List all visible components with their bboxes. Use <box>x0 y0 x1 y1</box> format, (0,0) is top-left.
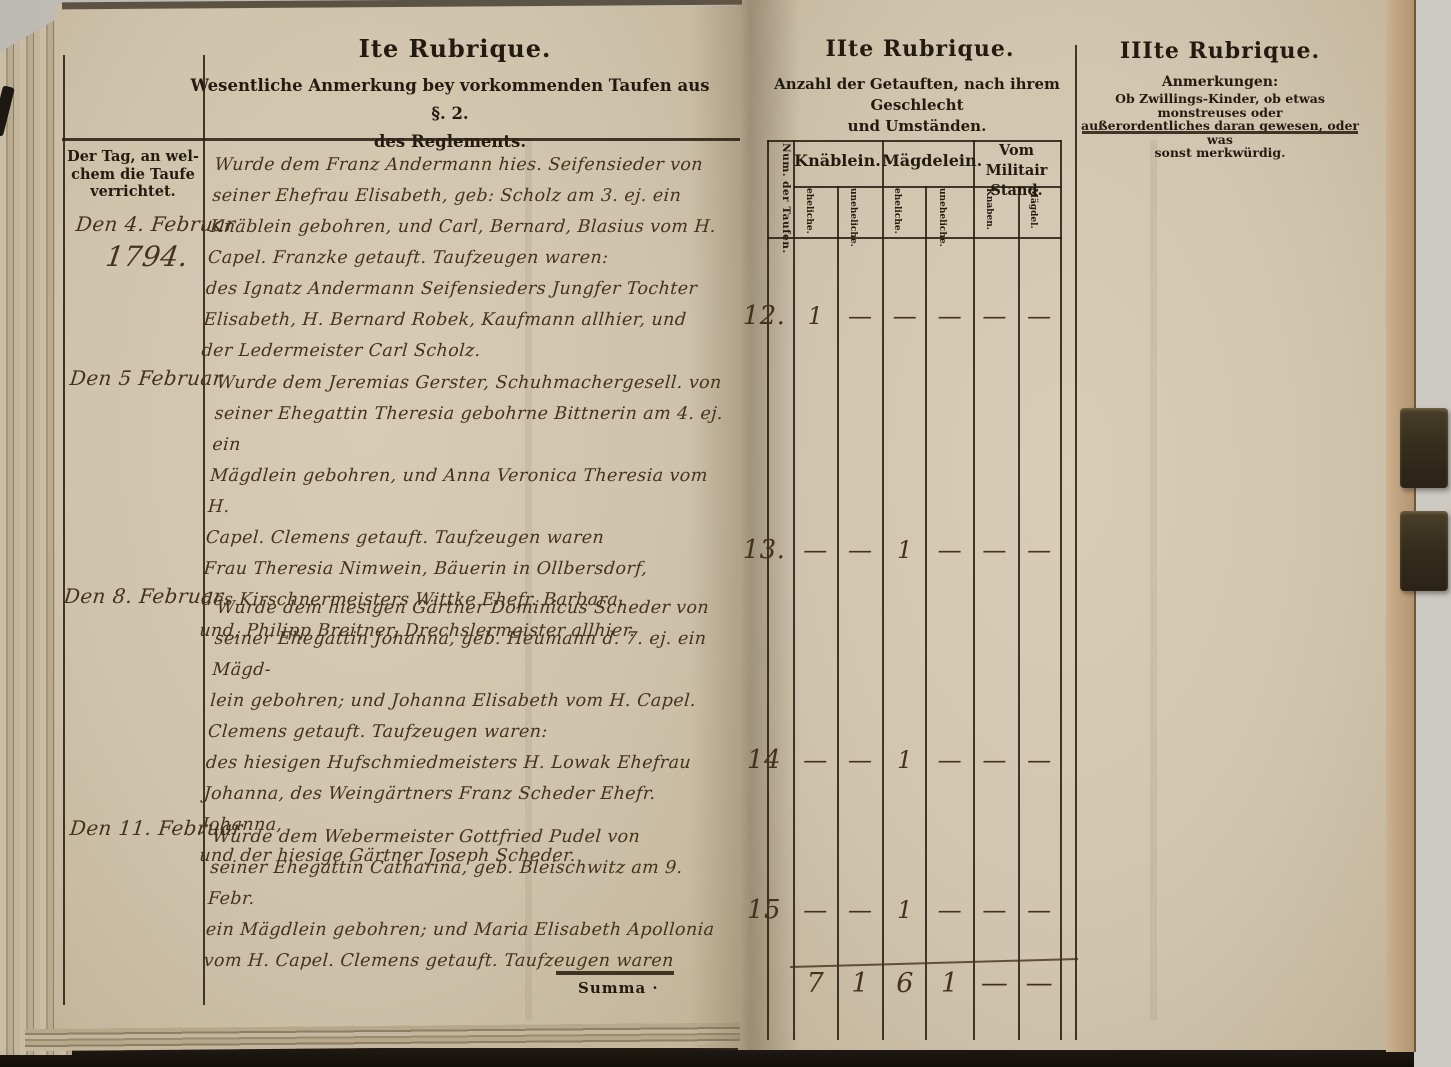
entry-date: Den 5 Februar <box>69 366 224 390</box>
num-der-taufen-header: Num. der Taufen. <box>766 143 792 238</box>
cell: 1 <box>883 896 928 924</box>
cell: — <box>927 536 972 564</box>
summa-cell: — <box>972 968 1017 999</box>
cell: — <box>972 536 1017 564</box>
cell: 1 <box>793 302 838 330</box>
cell: — <box>838 896 883 924</box>
left-page-left-rule <box>63 55 65 1005</box>
row-number: 12. <box>735 301 793 331</box>
anmerkungen-title: Anmerkungen: <box>1082 74 1358 90</box>
cell: — <box>927 302 972 330</box>
cell: — <box>972 746 1017 774</box>
cell: — <box>838 746 883 774</box>
right-page-subtitle-2: Anzahl der Getauften, nach ihrem Geschle… <box>762 74 1072 137</box>
summa-cell: — <box>1017 968 1062 999</box>
table-row: 13. — — 1 — — — <box>735 527 1062 573</box>
left-page-subtitle: Wesentliche Anmerkung bey vorkommenden T… <box>190 72 710 156</box>
section-divider-rule <box>1075 45 1077 1040</box>
subcol-header-knaben: Knaben. <box>984 188 994 238</box>
anmerkungen-text: Ob Zwillings-Kinder, ob etwas monstreuse… <box>1074 92 1366 160</box>
cell: — <box>1017 896 1062 924</box>
cell: 1 <box>883 746 928 774</box>
right-page-title-2: IIte Rubrique. <box>770 36 1070 62</box>
cell: — <box>1017 746 1062 774</box>
baptism-entry: Wurde dem Franz Andermann hies. Seifensi… <box>200 150 735 367</box>
summa-rule <box>556 971 674 975</box>
book-clasp-upper <box>1400 408 1448 488</box>
anmerkungen-rule <box>1082 131 1358 134</box>
cell: — <box>972 302 1017 330</box>
cell: — <box>793 746 838 774</box>
cell: — <box>1017 302 1062 330</box>
summa-label: Summa · <box>578 979 659 997</box>
table-row: 14 — — 1 — — — <box>735 737 1062 783</box>
entry-date-year: 1794. <box>104 240 191 273</box>
summa-row: 7 1 6 1 — — <box>793 960 1062 1006</box>
paper-fold-line <box>1150 140 1157 1020</box>
cell: — <box>972 896 1017 924</box>
cell: 1 <box>883 536 928 564</box>
row-number: 14 <box>735 745 793 775</box>
right-page-title-3: IIIte Rubrique. <box>1082 38 1358 64</box>
baptism-entry: Wurde dem Webermeister Gottfried Pudel v… <box>203 822 734 977</box>
subcol-header-uneheliche: uneheliche. <box>848 188 858 238</box>
cell: — <box>883 302 928 330</box>
knaeblein-group-header: Knäblein. <box>793 151 882 170</box>
date-column-header: Der Tag, an wel- chem die Taufe verricht… <box>66 148 200 201</box>
cell: — <box>793 896 838 924</box>
subcol-header-eheliche: eheliche. <box>804 188 814 238</box>
summa-cell: 6 <box>883 968 928 999</box>
table-row: 15 — — 1 — — — <box>735 887 1062 933</box>
cell: — <box>838 536 883 564</box>
subcol-header-maegdel: Mägdel. <box>1028 188 1038 238</box>
table-row: 12. 1 — — — — — <box>735 293 1062 339</box>
book-clasp-lower <box>1400 511 1448 591</box>
cell: — <box>1017 536 1062 564</box>
row-number: 13. <box>735 535 793 565</box>
register-book-photo: Ite Rubrique. Wesentliche Anmerkung bey … <box>0 0 1451 1067</box>
cell: — <box>927 746 972 774</box>
cell: — <box>838 302 883 330</box>
row-number: 15 <box>735 895 793 925</box>
maegdelein-group-header: Mägdelein. <box>882 151 973 170</box>
left-page-title: Ite Rubrique. <box>205 34 705 63</box>
summa-cell: 1 <box>927 968 972 999</box>
left-page-header-rule <box>62 138 740 141</box>
subcol-header-uneheliche: uneheliche. <box>937 188 947 238</box>
summa-cell: 7 <box>793 968 838 999</box>
subcol-header-eheliche: eheliche. <box>892 188 902 238</box>
summa-cell: 1 <box>838 968 883 999</box>
cell: — <box>927 896 972 924</box>
cell: — <box>793 536 838 564</box>
